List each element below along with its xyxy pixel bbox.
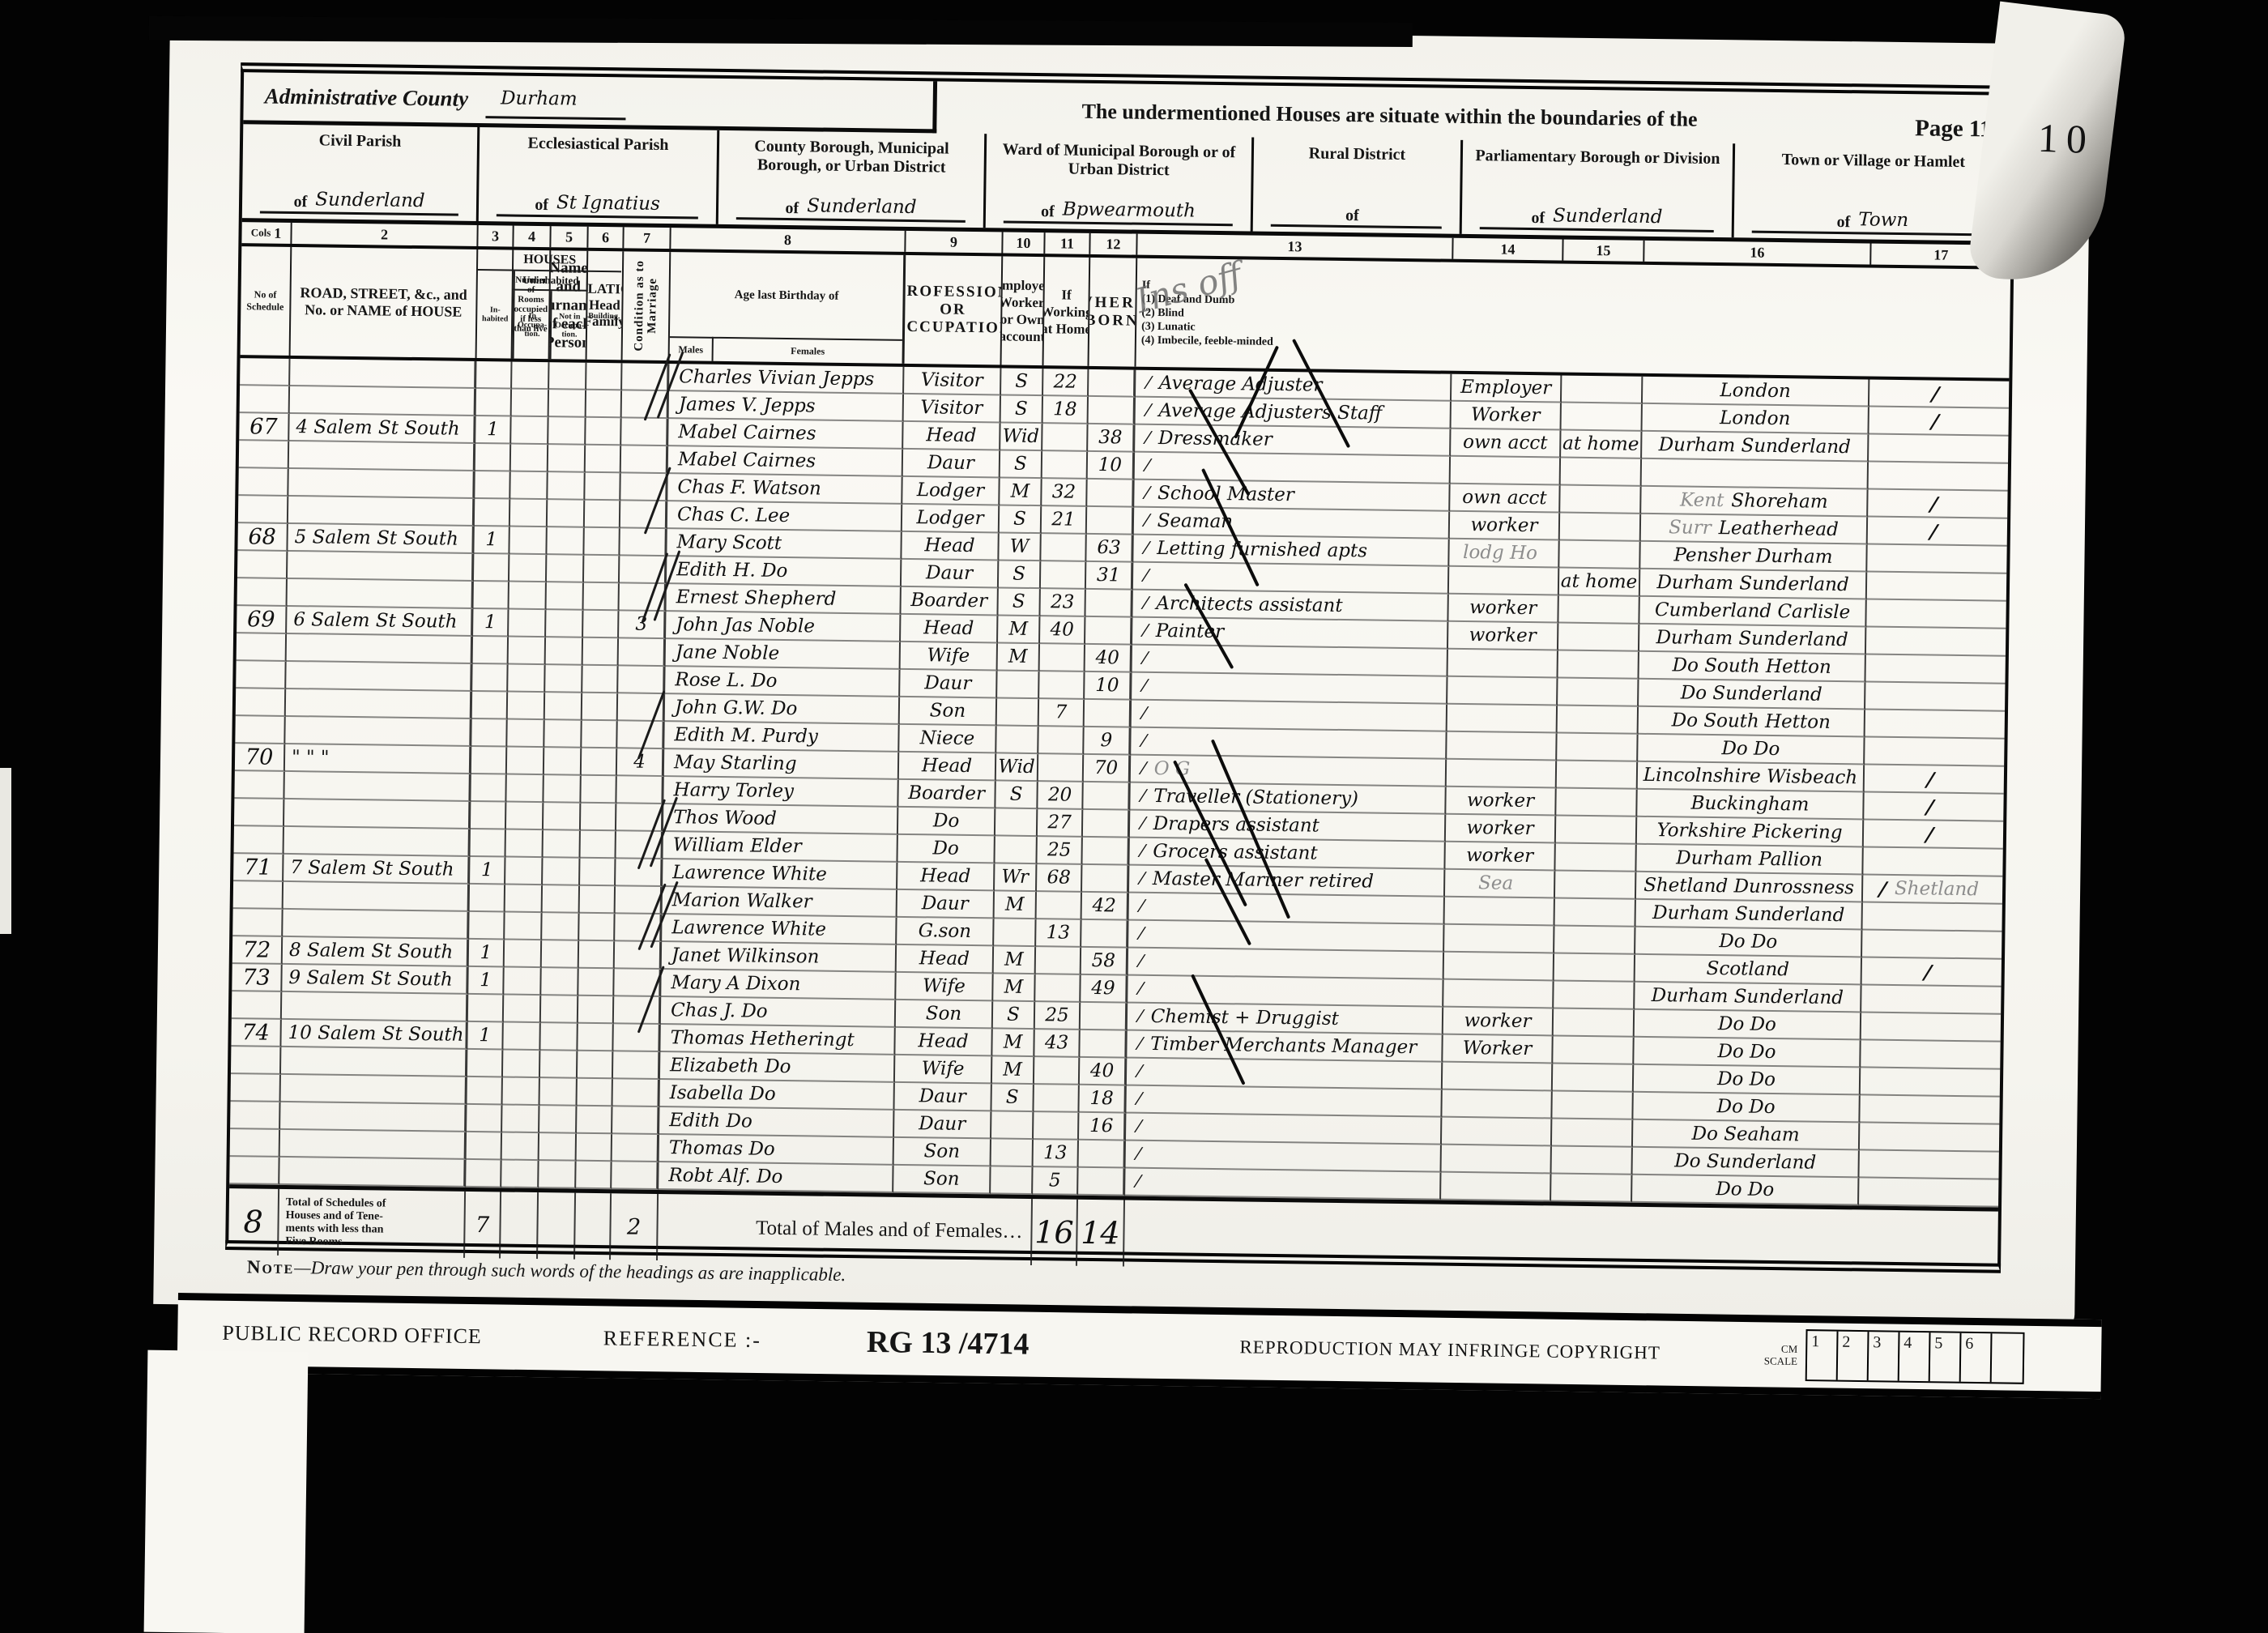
cell-inhabited bbox=[467, 1077, 502, 1106]
district-ecclesiastical-parish: Ecclesiastical Parish ofSt Ignatius bbox=[479, 127, 719, 224]
cell-relation: G.son bbox=[897, 918, 994, 947]
cell-uninhabited-not-occupation bbox=[543, 858, 580, 886]
cell-age-female: 63 bbox=[1086, 535, 1133, 563]
cell-schedule-number bbox=[230, 1102, 280, 1130]
cell-employer bbox=[1443, 1063, 1553, 1092]
cell-where-born: Scotland bbox=[1635, 955, 1862, 986]
cell-relation: Daur bbox=[903, 450, 1000, 479]
cell-building bbox=[583, 583, 619, 612]
cell-rooms bbox=[620, 556, 667, 584]
cell-infirmity bbox=[1869, 434, 2008, 463]
cell-schedule-number bbox=[230, 1129, 280, 1158]
cell-occupation: / bbox=[1132, 701, 1447, 732]
district-boxes: Civil Parish ofSunderland Ecclesiastical… bbox=[242, 124, 2012, 241]
column-number: 5 bbox=[551, 226, 588, 248]
cell-uninhabited-not-occupation bbox=[545, 665, 582, 693]
cell-uninhabited-not-occupation bbox=[540, 1023, 578, 1051]
totals-inhabited: 7 bbox=[465, 1192, 501, 1259]
cell-where-born: SurrLeatherhead bbox=[1641, 514, 1868, 545]
cell-schedule-number bbox=[233, 881, 283, 910]
cell-uninhabited-in-occupation bbox=[502, 1077, 539, 1106]
cell-schedule-number: 71 bbox=[233, 854, 283, 882]
header-road-street: ROAD, STREET, &c., and No. or NAME of HO… bbox=[291, 247, 479, 358]
cell-uninhabited-in-occupation bbox=[505, 940, 542, 969]
scan-background: Administrative County Durham The underme… bbox=[0, 0, 2268, 1633]
cell-age-male bbox=[1035, 974, 1081, 1003]
cell-uninhabited-in-occupation bbox=[501, 1160, 539, 1188]
cell-employer: worker bbox=[1448, 622, 1558, 651]
cell-name: Edith H. Do bbox=[667, 556, 902, 587]
cell-address bbox=[280, 1102, 467, 1132]
cell-address bbox=[280, 1130, 467, 1160]
district-ward: Ward of Municipal Borough or of Urban Di… bbox=[986, 134, 1254, 231]
cell-occupation: /Drapers assistant bbox=[1130, 811, 1446, 842]
cell-employer: Sea bbox=[1445, 870, 1555, 899]
cell-age-male: 27 bbox=[1038, 809, 1083, 838]
header-relation: RELATION to Head of Family bbox=[587, 251, 625, 360]
column-number: 2 bbox=[292, 223, 478, 246]
cell-working-at-home bbox=[1562, 403, 1643, 432]
cell-building bbox=[581, 776, 616, 804]
cell-uninhabited-in-occupation bbox=[502, 1105, 539, 1133]
cell-condition bbox=[991, 1139, 1034, 1167]
cell-condition bbox=[995, 836, 1037, 864]
cell-relation: Boarder bbox=[901, 587, 998, 616]
cell-age-female bbox=[1078, 1168, 1125, 1196]
cell-condition: M bbox=[993, 974, 1035, 1002]
cell-uninhabited-in-occupation bbox=[505, 830, 543, 859]
cell-infirmity: / bbox=[1862, 957, 2002, 987]
cell-employer: Worker bbox=[1452, 402, 1562, 431]
cell-age-male: 68 bbox=[1037, 864, 1082, 893]
cell-occupation: / bbox=[1132, 673, 1447, 705]
cell-relation: Son bbox=[893, 1166, 991, 1195]
cell-infirmity bbox=[1860, 1123, 1999, 1152]
cell-working-at-home bbox=[1558, 651, 1639, 680]
cell-inhabited: 1 bbox=[468, 967, 504, 996]
cell-age-female bbox=[1081, 1003, 1128, 1031]
cm-scale: CM SCALE 1 2 3 4 5 6 bbox=[1764, 1328, 2025, 1384]
cell-rooms bbox=[612, 1106, 659, 1135]
scale-cell: 6 bbox=[1961, 1333, 1993, 1383]
cell-infirmity bbox=[1866, 599, 2006, 629]
cell-uninhabited-not-occupation bbox=[545, 693, 582, 721]
cell-building bbox=[582, 721, 617, 749]
cell-inhabited bbox=[470, 885, 505, 913]
cell-age-female: 42 bbox=[1082, 893, 1129, 921]
cell-working-at-home bbox=[1558, 706, 1639, 734]
cell-age-male bbox=[1034, 1057, 1080, 1085]
cell-inhabited: 1 bbox=[475, 416, 511, 445]
cell-infirmity bbox=[1865, 737, 2004, 766]
cell-infirmity bbox=[1867, 572, 2006, 601]
cell-where-born: Durham Sunderland bbox=[1639, 625, 1866, 655]
cell-uninhabited-in-occupation bbox=[512, 390, 549, 418]
cell-uninhabited-not-occupation bbox=[549, 390, 586, 418]
cell-employer bbox=[1449, 567, 1559, 596]
cell-infirmity bbox=[1859, 1178, 1998, 1207]
cell-age-male: 13 bbox=[1036, 919, 1081, 948]
cell-relation: Wife bbox=[896, 973, 993, 1002]
cell-building bbox=[579, 914, 615, 942]
cell-employer: worker bbox=[1446, 787, 1556, 816]
cell-uninhabited-in-occupation bbox=[509, 610, 546, 638]
cell-working-at-home bbox=[1562, 376, 1643, 404]
cell-working-at-home bbox=[1555, 871, 1636, 899]
cell-uninhabited-in-occupation bbox=[505, 858, 543, 886]
cell-relation: Head bbox=[903, 422, 1000, 451]
cell-address bbox=[289, 441, 475, 471]
cell-building bbox=[577, 1106, 612, 1135]
cell-age-female: 58 bbox=[1081, 948, 1128, 976]
cell-building bbox=[584, 528, 620, 556]
cell-relation: Head bbox=[895, 1028, 992, 1057]
scale-cell: 4 bbox=[1899, 1332, 1931, 1382]
cell-where-born: Yorkshire Pickering bbox=[1637, 817, 1864, 848]
cell-occupation: /Average Adjusters Staff bbox=[1136, 398, 1452, 429]
cell-rooms bbox=[621, 418, 668, 446]
cell-schedule-number: 74 bbox=[231, 1019, 281, 1047]
cell-infirmity bbox=[1862, 902, 2002, 932]
cell-occupation: / bbox=[1127, 1059, 1443, 1090]
cell-schedule-number bbox=[239, 441, 289, 469]
cell-condition: Wr bbox=[995, 863, 1037, 892]
cell-where-born: Do Do bbox=[1635, 1010, 1861, 1041]
cell-age-male bbox=[1041, 534, 1086, 562]
totals-males: 16 bbox=[1032, 1199, 1078, 1266]
cell-uninhabited-in-occupation bbox=[512, 362, 549, 390]
cell-building bbox=[578, 969, 614, 997]
cell-employer: worker bbox=[1443, 1008, 1554, 1037]
cell-working-at-home bbox=[1560, 486, 1641, 514]
cell-uninhabited-not-occupation bbox=[542, 940, 579, 969]
cell-name: Mary A Dixon bbox=[661, 970, 896, 1000]
cell-uninhabited-not-occupation bbox=[548, 500, 585, 528]
cell-address bbox=[288, 497, 475, 527]
cell-age-female bbox=[1083, 810, 1130, 838]
scan-edge-artifact bbox=[144, 1350, 309, 1633]
cell-uninhabited-not-occupation bbox=[548, 417, 586, 446]
cell-rooms bbox=[616, 859, 663, 887]
column-number: 7 bbox=[624, 227, 671, 249]
cell-age-male bbox=[1038, 727, 1084, 755]
cell-building bbox=[586, 418, 621, 446]
cell-age-female: 18 bbox=[1079, 1085, 1126, 1114]
cell-schedule-number bbox=[229, 1157, 279, 1185]
header-working-at-home: If Working at Home bbox=[1044, 257, 1091, 366]
totals-females: 14 bbox=[1077, 1200, 1125, 1267]
cell-relation: Daur bbox=[894, 1083, 991, 1112]
cell-infirmity bbox=[1865, 710, 2005, 739]
cell-name: John Jas Noble bbox=[666, 612, 901, 642]
cell-inhabited bbox=[473, 637, 509, 665]
header-age-males: Males bbox=[670, 336, 714, 361]
cell-employer: Worker bbox=[1443, 1035, 1553, 1064]
pro-office-label: PUBLIC RECORD OFFICE bbox=[222, 1321, 482, 1349]
district-county-borough: County Borough, Municipal Borough, or Ur… bbox=[718, 130, 987, 228]
totals-rooms: 2 bbox=[611, 1193, 659, 1260]
cell-uninhabited-in-occupation bbox=[508, 693, 545, 721]
cell-name: Lawrence White bbox=[663, 859, 897, 890]
cell-age-female bbox=[1089, 397, 1136, 425]
cell-uninhabited-in-occupation bbox=[510, 472, 548, 501]
cell-working-at-home bbox=[1558, 596, 1639, 625]
cell-address bbox=[279, 1158, 466, 1187]
cell-where-born: Do Do bbox=[1632, 1175, 1859, 1206]
cell-address bbox=[282, 992, 468, 1022]
cell-infirmity: / bbox=[1864, 792, 2003, 821]
cell-employer bbox=[1441, 1173, 1551, 1202]
cell-inhabited: 1 bbox=[470, 857, 505, 885]
cell-occupation: /Timber Merchants Manager bbox=[1127, 1031, 1443, 1063]
admin-county-value: Durham bbox=[486, 80, 626, 120]
cell-inhabited bbox=[476, 389, 512, 417]
cell-building bbox=[583, 611, 619, 639]
cell-infirmity bbox=[1860, 1095, 1999, 1124]
cell-uninhabited-in-occupation bbox=[503, 1022, 540, 1051]
cell-employer: own acct bbox=[1450, 484, 1560, 514]
copyright-notice: REPRODUCTION MAY INFRINGE COPYRIGHT bbox=[1239, 1337, 1660, 1363]
cell-address bbox=[286, 662, 472, 692]
admin-county-label: Administrative County bbox=[265, 84, 469, 112]
cell-name: William Elder bbox=[663, 832, 897, 863]
cell-inhabited bbox=[474, 554, 509, 582]
district-parliamentary-borough: Parliamentary Borough or Division ofSund… bbox=[1462, 140, 1735, 237]
cell-infirmity bbox=[1861, 1068, 2000, 1097]
cell-address: 7 Salem St South bbox=[283, 855, 470, 885]
cell-where-born: London bbox=[1643, 377, 1869, 407]
cell-building bbox=[582, 748, 617, 777]
cell-condition: S bbox=[998, 588, 1040, 616]
cell-where-born: Durham Sunderland bbox=[1640, 569, 1867, 600]
cell-rooms bbox=[613, 1051, 660, 1080]
cell-uninhabited-not-occupation bbox=[547, 527, 584, 556]
cell-address: 5 Salem St South bbox=[288, 524, 474, 554]
cell-inhabited bbox=[471, 719, 507, 748]
cell-building bbox=[582, 693, 618, 722]
reference-number: RG 13 /4714 bbox=[867, 1324, 1030, 1362]
cell-uninhabited-in-occupation bbox=[511, 445, 548, 473]
cell-occupation: /Painter bbox=[1132, 618, 1448, 650]
cell-condition bbox=[991, 1166, 1033, 1195]
cell-uninhabited-not-occupation bbox=[548, 445, 586, 473]
cell-working-at-home bbox=[1556, 816, 1637, 844]
cell-employer bbox=[1445, 898, 1555, 927]
cell-age-female bbox=[1083, 782, 1130, 811]
cell-relation: Visitor bbox=[904, 367, 1001, 396]
cell-condition: S bbox=[999, 561, 1041, 589]
cell-relation: Head bbox=[897, 863, 995, 892]
cell-occupation: / bbox=[1128, 976, 1443, 1008]
cell-where-born: Durham Sunderland bbox=[1635, 900, 1862, 931]
cell-rooms bbox=[612, 1079, 659, 1107]
cell-infirmity: / bbox=[1868, 489, 2007, 518]
cell-name: Isabella Do bbox=[659, 1080, 894, 1111]
cell-uninhabited-in-occupation bbox=[506, 775, 544, 804]
cell-uninhabited-in-occupation bbox=[508, 665, 545, 693]
column-number: 16 bbox=[1644, 241, 1871, 265]
cell-address: 4 Salem St South bbox=[289, 414, 475, 444]
cell-building bbox=[584, 556, 620, 584]
cell-employer bbox=[1447, 677, 1558, 706]
cell-where-born: London bbox=[1642, 404, 1869, 435]
cell-building bbox=[578, 1051, 613, 1080]
cell-employer bbox=[1442, 1118, 1552, 1147]
cell-working-at-home bbox=[1556, 788, 1637, 816]
cell-name: Rose L. Do bbox=[665, 667, 900, 697]
cell-age-male bbox=[1042, 424, 1088, 452]
district-town-village: Town or Village or Hamlet ofTown bbox=[1734, 143, 2012, 241]
cell-rooms bbox=[614, 969, 661, 997]
cell-uninhabited-in-occupation bbox=[511, 417, 548, 446]
cell-where-born: Durham Sunderland bbox=[1642, 432, 1869, 463]
cell-uninhabited-not-occupation bbox=[541, 968, 578, 996]
cell-uninhabited-not-occupation bbox=[539, 1078, 577, 1106]
cell-infirmity bbox=[1861, 1013, 2001, 1042]
column-number: 14 bbox=[1453, 238, 1563, 261]
cell-occupation: / bbox=[1125, 1169, 1441, 1200]
cell-age-male: 20 bbox=[1038, 782, 1083, 810]
cell-condition: S bbox=[995, 781, 1038, 809]
cell-employer bbox=[1441, 1145, 1551, 1175]
cell-building bbox=[579, 941, 615, 970]
cell-address: " " " bbox=[285, 744, 471, 774]
cell-occupation: /O G bbox=[1131, 756, 1447, 787]
cell-building bbox=[582, 666, 618, 694]
cell-working-at-home bbox=[1554, 981, 1635, 1009]
column-number: Cols1 bbox=[241, 222, 292, 244]
cell-infirmity bbox=[1863, 847, 2002, 876]
cell-relation: Head bbox=[899, 753, 996, 782]
cell-infirmity: / bbox=[1865, 765, 2004, 794]
cell-rooms bbox=[616, 886, 663, 915]
cell-building bbox=[585, 473, 620, 501]
cell-uninhabited-not-occupation bbox=[544, 720, 582, 748]
header-condition: Condition as to Marriage bbox=[623, 251, 671, 360]
cell-condition: S bbox=[1001, 395, 1043, 424]
cell-rooms bbox=[616, 804, 663, 832]
cell-relation: Niece bbox=[899, 725, 996, 754]
cell-employer: worker bbox=[1450, 512, 1560, 541]
cell-working-at-home bbox=[1553, 1036, 1634, 1064]
cell-infirmity bbox=[1861, 1040, 2000, 1069]
cell-rooms bbox=[613, 1024, 660, 1052]
cell-working-at-home bbox=[1557, 733, 1638, 761]
cell-name: Mabel Cairnes bbox=[668, 419, 903, 450]
cell-age-female bbox=[1087, 480, 1134, 508]
column-number: 11 bbox=[1045, 232, 1090, 254]
cell-address bbox=[290, 359, 476, 389]
cell-uninhabited-in-occupation bbox=[502, 1132, 539, 1161]
cell-inhabited bbox=[469, 912, 505, 940]
cell-age-male: 5 bbox=[1033, 1167, 1078, 1196]
cell-occupation: / bbox=[1133, 563, 1449, 595]
cell-age-male: 25 bbox=[1035, 1002, 1081, 1030]
cell-condition bbox=[996, 726, 1038, 754]
cell-where-born: Do Do bbox=[1635, 927, 1862, 958]
cell-uninhabited-not-occupation bbox=[543, 830, 580, 859]
scale-cell: 1 bbox=[1807, 1331, 1839, 1380]
cell-address bbox=[284, 827, 471, 857]
cell-name: Chas J. Do bbox=[661, 997, 896, 1028]
cell-name: Thomas Do bbox=[659, 1135, 894, 1166]
cell-age-male: 23 bbox=[1040, 589, 1085, 617]
cell-condition: M bbox=[1000, 478, 1042, 506]
cell-name: Thomas Hetheringt bbox=[660, 1025, 895, 1055]
cell-uninhabited-in-occupation bbox=[507, 720, 544, 748]
cell-employer: worker bbox=[1445, 842, 1555, 872]
cell-rooms bbox=[618, 693, 665, 722]
cell-condition bbox=[995, 808, 1038, 837]
header-name-surname: Name and Surname of each Person bbox=[550, 250, 589, 360]
cell-schedule-number bbox=[235, 716, 285, 744]
cell-age-female bbox=[1080, 1030, 1127, 1059]
cell-relation: Wife bbox=[895, 1055, 992, 1085]
cell-rooms: 4 bbox=[617, 748, 664, 777]
cell-uninhabited-in-occupation bbox=[505, 913, 542, 941]
cell-rooms bbox=[617, 721, 664, 749]
cell-uninhabited-not-occupation bbox=[544, 803, 581, 831]
cell-employer: worker bbox=[1446, 815, 1556, 844]
column-number: 8 bbox=[671, 228, 906, 252]
cell-age-female: 31 bbox=[1086, 562, 1133, 591]
cell-where-born: Buckingham bbox=[1637, 790, 1864, 821]
cell-employer: Employer bbox=[1452, 374, 1562, 403]
column-number: 13 bbox=[1137, 234, 1453, 259]
cell-building bbox=[585, 501, 620, 529]
cell-condition: S bbox=[1000, 505, 1042, 534]
cell-employer bbox=[1444, 953, 1554, 982]
cell-uninhabited-in-occupation bbox=[507, 748, 544, 776]
cell-inhabited: 1 bbox=[474, 527, 509, 555]
cell-schedule-number bbox=[237, 633, 287, 662]
cell-uninhabited-not-occupation bbox=[539, 1161, 576, 1189]
cell-relation: Do bbox=[897, 835, 995, 864]
cell-uninhabited-not-occupation bbox=[539, 1133, 577, 1162]
cell-occupation: /Average Adjuster bbox=[1136, 370, 1452, 402]
cell-age-female bbox=[1089, 369, 1136, 398]
cell-uninhabited-not-occupation bbox=[548, 472, 585, 501]
cell-working-at-home: at home bbox=[1559, 569, 1640, 597]
cell-schedule-number bbox=[236, 689, 286, 717]
cell-infirmity bbox=[1867, 544, 2006, 573]
cell-age-male bbox=[1041, 561, 1086, 590]
cell-uninhabited-not-occupation bbox=[541, 996, 578, 1024]
cell-infirmity bbox=[1869, 462, 2008, 491]
cell-working-at-home bbox=[1559, 541, 1640, 569]
cell-name: Mabel Cairnes bbox=[668, 446, 903, 477]
cell-inhabited bbox=[471, 774, 506, 803]
cell-where-born: Do Seaham bbox=[1633, 1120, 1860, 1151]
cell-age-female: 40 bbox=[1080, 1058, 1127, 1086]
cell-name: Ernest Shepherd bbox=[666, 584, 901, 615]
cell-name: Elizabeth Do bbox=[660, 1052, 895, 1083]
cell-where-born: Do South Hetton bbox=[1639, 652, 1865, 683]
cell-occupation: /Architects assistant bbox=[1132, 591, 1448, 622]
cell-name: Marion Walker bbox=[663, 887, 897, 918]
cell-employer bbox=[1442, 1090, 1552, 1119]
cell-uninhabited-in-occupation bbox=[510, 500, 548, 528]
cell-relation: Daur bbox=[897, 890, 995, 919]
header-rooms: Number of Rooms occupied if less than fi… bbox=[513, 250, 552, 360]
cell-where-born: Cumberland Carlisle bbox=[1639, 597, 1866, 628]
cell-name: Edith Do bbox=[659, 1107, 894, 1138]
cell-address bbox=[288, 579, 474, 609]
cell-rooms bbox=[615, 914, 662, 942]
cell-name: Harry Torley bbox=[663, 777, 898, 808]
census-entries: Charles Vivian JeppsVisitorS22/Average A… bbox=[229, 358, 2009, 1208]
cell-working-at-home bbox=[1554, 898, 1635, 927]
